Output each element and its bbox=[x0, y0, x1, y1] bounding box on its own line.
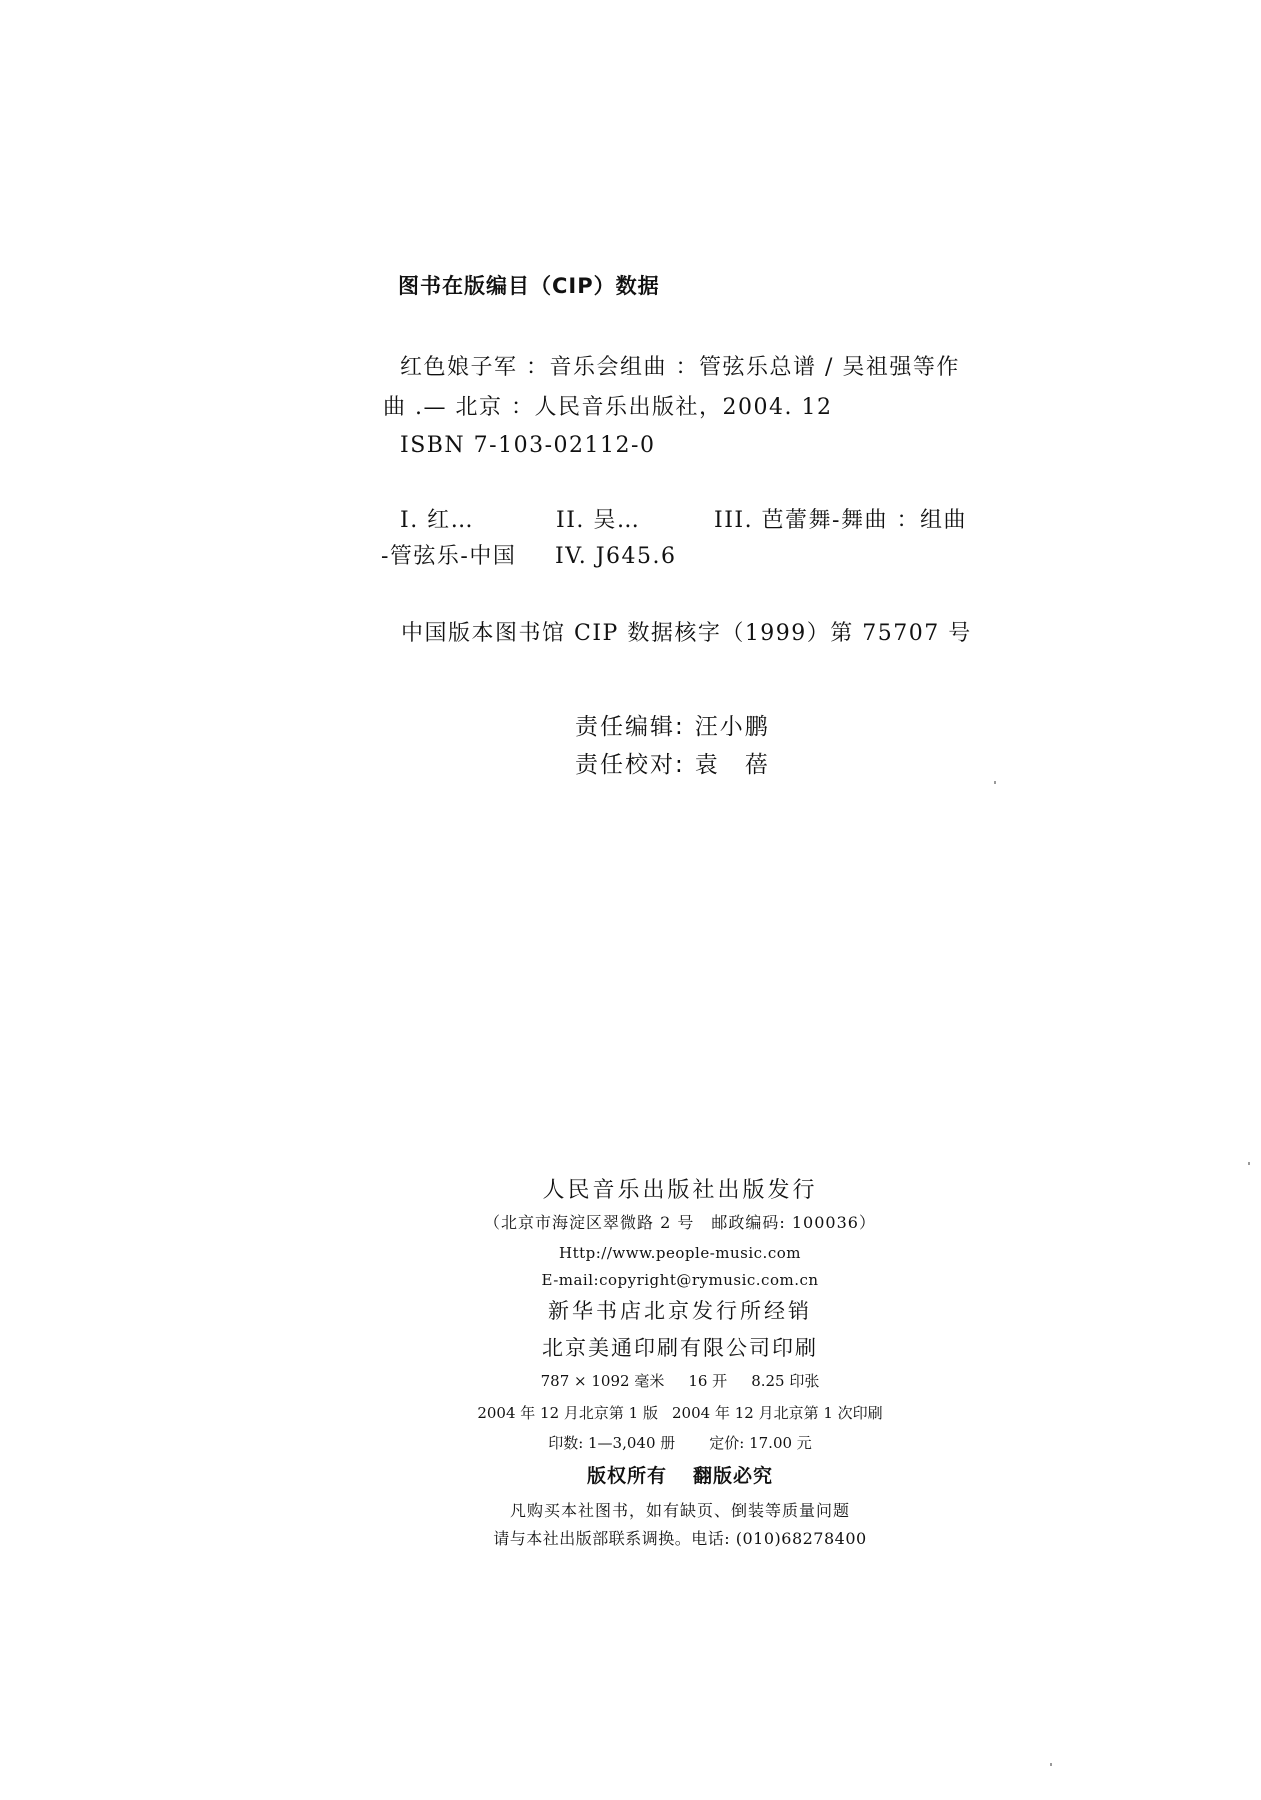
scan-speck bbox=[1248, 1162, 1250, 1165]
copyright-notice: 版权所有翻版必究 bbox=[380, 1467, 980, 1486]
cip-title-line-1: 红色娘子军 ：音乐会组曲 ：管弦乐总谱 / 吴祖强等作 bbox=[400, 357, 960, 379]
responsible-editor: 责任编辑:汪小鹏 bbox=[575, 716, 770, 739]
publisher-email: E-mail:copyright@rymusic.com.cn bbox=[380, 1273, 980, 1288]
print-run-info: 印数: 1—3,040 册定价: 17.00 元 bbox=[380, 1436, 980, 1451]
cip-heading: 图书在版编目（CIP）数据 bbox=[398, 276, 660, 297]
publisher-website: Http://www.people-music.com bbox=[380, 1246, 980, 1261]
distributor-line: 新华书店北京发行所经销 bbox=[380, 1301, 980, 1322]
scan-speck bbox=[1050, 1763, 1052, 1766]
isbn: ISBN 7-103-02112-0 bbox=[400, 435, 655, 457]
publisher-line: 人民音乐出版社出版发行 bbox=[380, 1180, 980, 1202]
paper-size: 787 × 1092 毫米 bbox=[541, 1372, 665, 1390]
edition-info: 2004 年 12 月北京第 1 版2004 年 12 月北京第 1 次印刷 bbox=[380, 1406, 980, 1421]
subject-index-4: IV. J645.6 bbox=[555, 546, 677, 568]
rights-reserved: 版权所有 bbox=[587, 1465, 667, 1487]
first-printing: 2004 年 12 月北京第 1 次印刷 bbox=[672, 1404, 883, 1422]
quality-notice-line-2: 请与本社出版部联系调换。电话: (010)68278400 bbox=[380, 1531, 980, 1547]
subject-index-3: III. 芭蕾舞-舞曲 ：组曲 bbox=[714, 510, 967, 532]
cip-title-line-2: 曲 .— 北京 ：人民音乐出版社，2004. 12 bbox=[383, 397, 832, 419]
proofreader-label: 责任校对: bbox=[575, 752, 685, 778]
scan-speck bbox=[994, 781, 996, 784]
editor-label: 责任编辑: bbox=[575, 714, 685, 740]
price: 定价: 17.00 元 bbox=[709, 1434, 812, 1452]
cip-approval-number: 中国版本图书馆 CIP 数据核字（1999）第 75707 号 bbox=[401, 623, 972, 645]
copyright-page: 图书在版编目（CIP）数据 红色娘子军 ：音乐会组曲 ：管弦乐总谱 / 吴祖强等… bbox=[0, 0, 1261, 1800]
first-edition: 2004 年 12 月北京第 1 版 bbox=[477, 1404, 658, 1422]
piracy-warning: 翻版必究 bbox=[693, 1465, 773, 1487]
folio: 16 开 bbox=[688, 1372, 727, 1390]
responsible-proofreader: 责任校对:袁 蓓 bbox=[575, 754, 770, 777]
publisher-address: （北京市海淀区翠微路 2 号 邮政编码: 100036） bbox=[380, 1215, 980, 1231]
printed-sheets: 8.25 印张 bbox=[751, 1372, 819, 1390]
quality-notice-line-1: 凡购买本社图书，如有缺页、倒装等质量问题 bbox=[380, 1503, 980, 1519]
proofreader-name: 袁 蓓 bbox=[695, 752, 770, 778]
format-specs: 787 × 1092 毫米16 开8.25 印张 bbox=[380, 1374, 980, 1389]
print-copies: 印数: 1—3,040 册 bbox=[548, 1434, 675, 1452]
subject-index-1: I. 红… bbox=[400, 510, 474, 532]
subject-index-2: II. 吴… bbox=[556, 510, 640, 532]
printer-line: 北京美通印刷有限公司印刷 bbox=[380, 1338, 980, 1359]
editor-name: 汪小鹏 bbox=[695, 714, 770, 740]
subject-index-3-continued: -管弦乐-中国 bbox=[381, 546, 516, 568]
